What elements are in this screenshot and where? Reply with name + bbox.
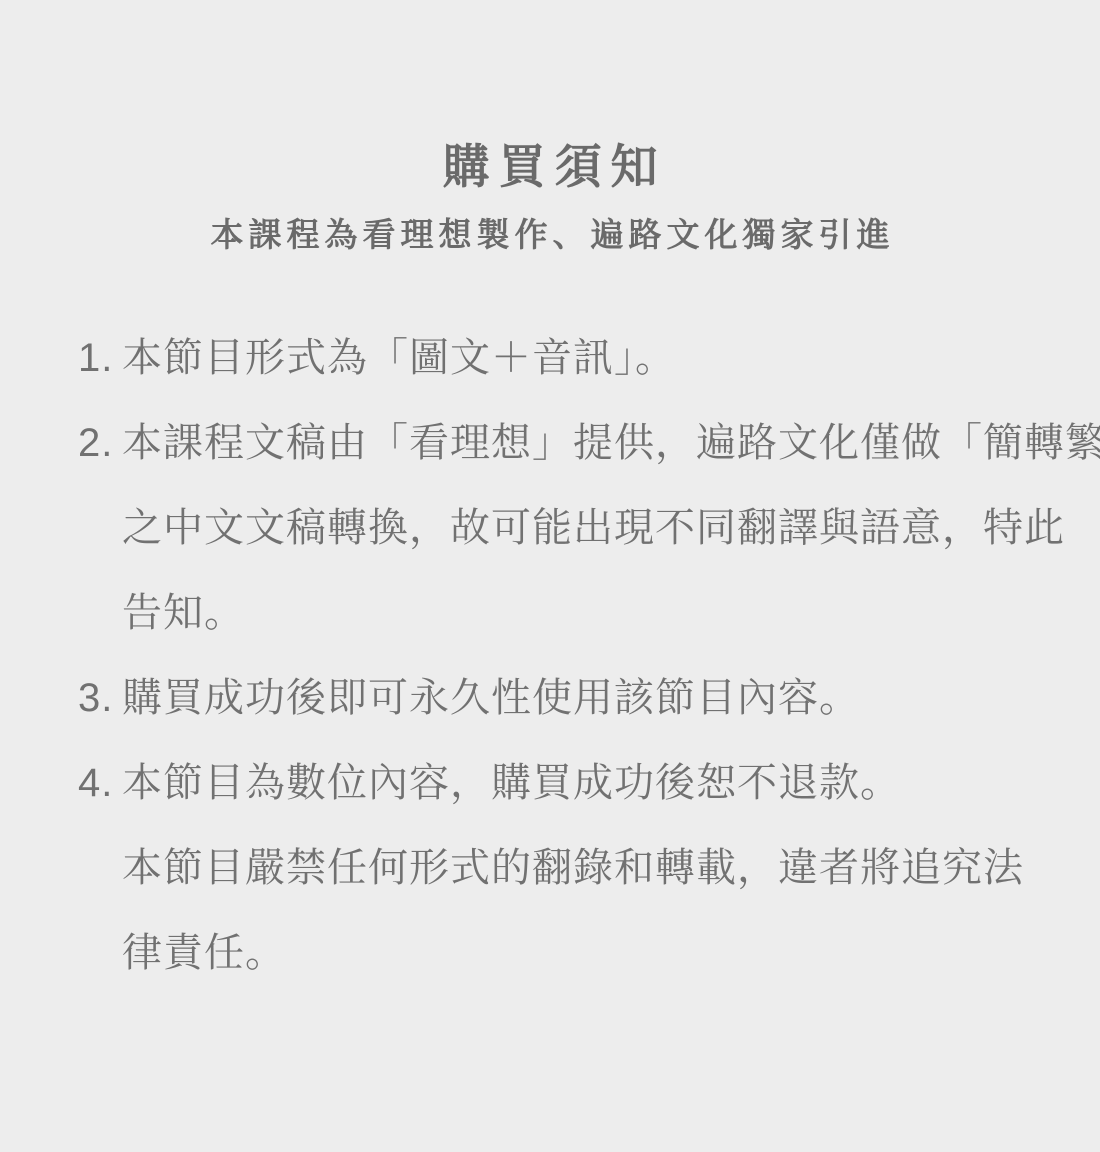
item-line: 本節目嚴禁任何形式的翻錄和轉載，違者將追究法 <box>122 826 1080 911</box>
item-line: 之中文文稿轉換，故可能出現不同翻譯與語意，特此 <box>122 486 1080 571</box>
page-subtitle: 本課程為看理想製作、遍路文化獨家引進 <box>0 214 1100 258</box>
item-line: 購買成功後即可永久性使用該節目內容。 <box>122 656 1080 741</box>
notice-list: 1. 本節目形式為「圖文＋音訊」。 2. 本課程文稿由「看理想」提供，遍路文化僅… <box>78 316 1080 996</box>
item-number: 1. <box>78 316 113 401</box>
item-line: 本課程文稿由「看理想」提供，遍路文化僅做「簡轉繁」 <box>122 401 1080 486</box>
item-line: 本節目形式為「圖文＋音訊」。 <box>122 316 1080 401</box>
notice-item-3: 3. 購買成功後即可永久性使用該節目內容。 <box>78 656 1080 741</box>
purchase-notice-page: 購買須知 本課程為看理想製作、遍路文化獨家引進 1. 本節目形式為「圖文＋音訊」… <box>0 0 1100 1152</box>
item-line: 本節目為數位內容，購買成功後恕不退款。 <box>122 741 1080 826</box>
notice-item-4: 4. 本節目為數位內容，購買成功後恕不退款。 <box>78 741 1080 826</box>
notice-item-2: 2. 本課程文稿由「看理想」提供，遍路文化僅做「簡轉繁」 之中文文稿轉換，故可能… <box>78 401 1080 656</box>
item-number: 3. <box>78 656 113 741</box>
item-line: 律責任。 <box>122 911 1080 996</box>
page-title: 購買須知 <box>0 0 1100 200</box>
notice-item-1: 1. 本節目形式為「圖文＋音訊」。 <box>78 316 1080 401</box>
notice-item-4-continuation: 本節目嚴禁任何形式的翻錄和轉載，違者將追究法 律責任。 <box>78 826 1080 996</box>
item-number: 4. <box>78 741 113 826</box>
item-line: 告知。 <box>122 571 1080 656</box>
item-number: 2. <box>78 401 113 486</box>
